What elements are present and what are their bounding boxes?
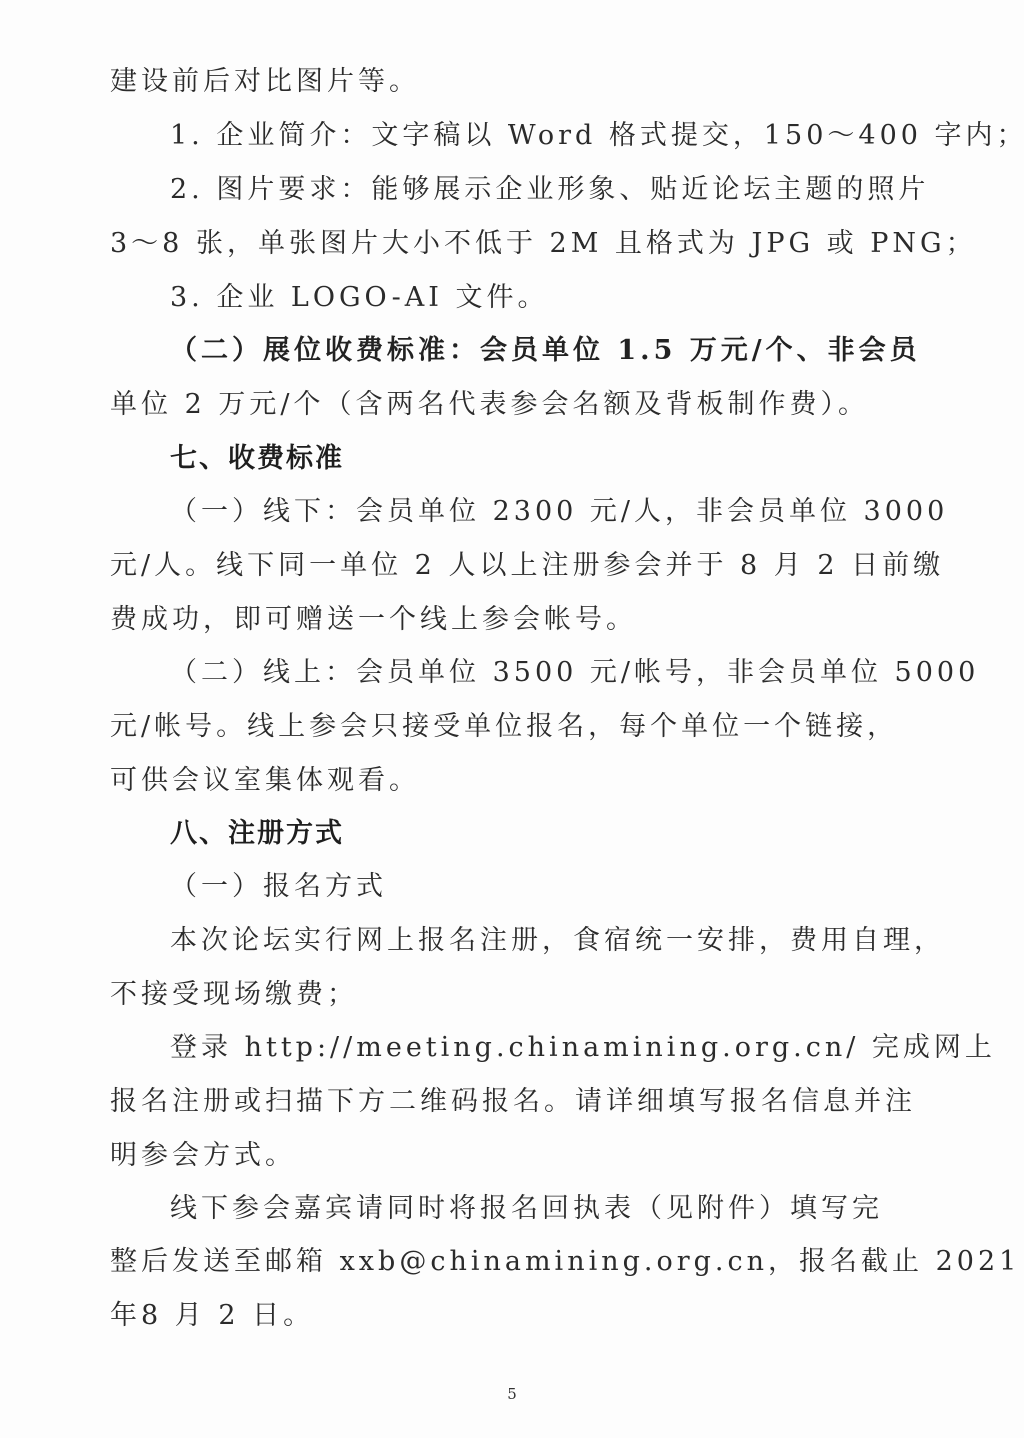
- email-submission-paragraph: 线下参会嘉宾请同时将报名回执表（见附件）填写完: [170, 1191, 970, 1227]
- paragraph-line: 元/人。线下同一单位 2 人以上注册参会并于 8 月 2 日前缴: [110, 548, 910, 584]
- paragraph-line: 元/帐号。线上参会只接受单位报名，每个单位一个链接，: [110, 709, 910, 745]
- list-item-company-intro: 1. 企业简介：文字稿以 Word 格式提交，150～400 字内；: [170, 118, 970, 154]
- paragraph-line: 单位 2 万元/个（含两名代表参会名额及背板制作费）。: [110, 387, 910, 423]
- list-item-image-requirements: 2. 图片要求：能够展示企业形象、贴近论坛主题的照片: [170, 172, 970, 208]
- document-page: 建设前后对比图片等。 1. 企业简介：文字稿以 Word 格式提交，150～40…: [0, 0, 1024, 1438]
- paragraph-line: 不接受现场缴费；: [110, 977, 910, 1013]
- paragraph-line: 费成功，即可赠送一个线上参会帐号。: [110, 602, 910, 638]
- offline-fee-paragraph: （一）线下：会员单位 2300 元/人，非会员单位 3000: [170, 494, 970, 530]
- paragraph-line: 本次论坛实行网上报名注册，食宿统一安排，费用自理，: [170, 923, 970, 959]
- online-fee-paragraph: （二）线上：会员单位 3500 元/帐号，非会员单位 5000: [170, 655, 970, 691]
- paragraph-line: 3～8 张，单张图片大小不低于 2M 且格式为 JPG 或 PNG；: [110, 226, 910, 262]
- subheading-signup-method: （一）报名方式: [170, 869, 970, 905]
- paragraph-line: 建设前后对比图片等。: [110, 64, 910, 100]
- registration-url-paragraph: 登录 http://meeting.chinamining.org.cn/ 完成…: [170, 1030, 970, 1066]
- section-heading-registration: 八、注册方式: [170, 816, 970, 852]
- section-heading-fees: 七、收费标准: [170, 441, 970, 477]
- page-number: 5: [0, 1385, 1024, 1403]
- paragraph-line: 年8 月 2 日。: [110, 1298, 910, 1334]
- paragraph-line: 可供会议室集体观看。: [110, 763, 910, 799]
- paragraph-line: 报名注册或扫描下方二维码报名。请详细填写报名信息并注: [110, 1084, 910, 1120]
- paragraph-line: 明参会方式。: [110, 1138, 910, 1174]
- list-item-logo: 3. 企业 LOGO-AI 文件。: [170, 280, 970, 316]
- paragraph-line: 整后发送至邮箱 xxb@chinamining.org.cn，报名截止 2021: [110, 1244, 910, 1280]
- booth-fee-subheading: （二）展位收费标准：会员单位 1.5 万元/个、非会员: [170, 333, 970, 369]
